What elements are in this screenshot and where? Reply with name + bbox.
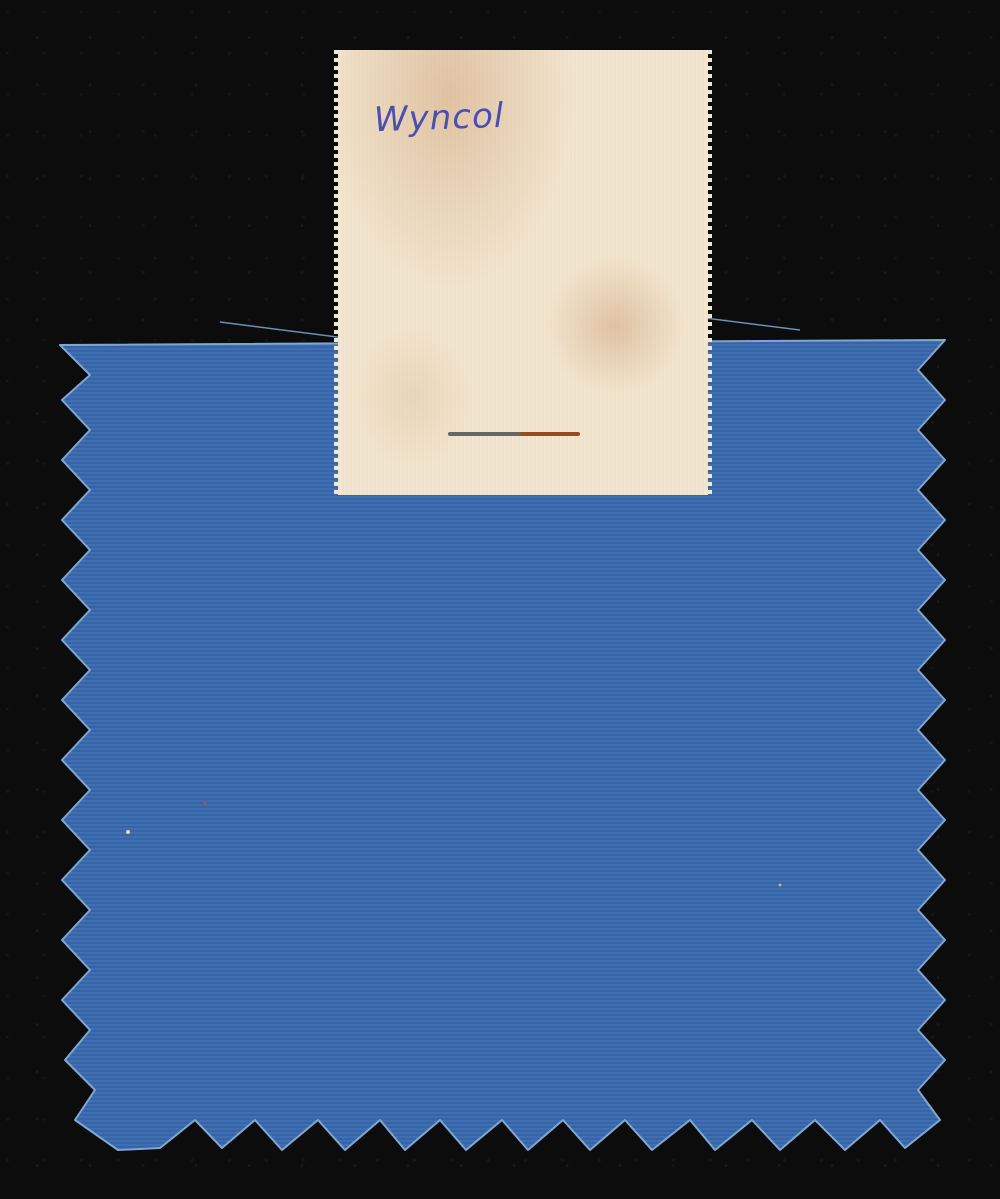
loose-thread xyxy=(220,322,345,338)
staple-icon xyxy=(448,432,580,436)
tag-perforated-edge xyxy=(706,50,712,495)
tag-handwritten-label: Wyncol xyxy=(373,96,505,141)
paper-tag: Wyncol xyxy=(338,50,708,495)
tag-perforated-edge xyxy=(334,50,340,495)
